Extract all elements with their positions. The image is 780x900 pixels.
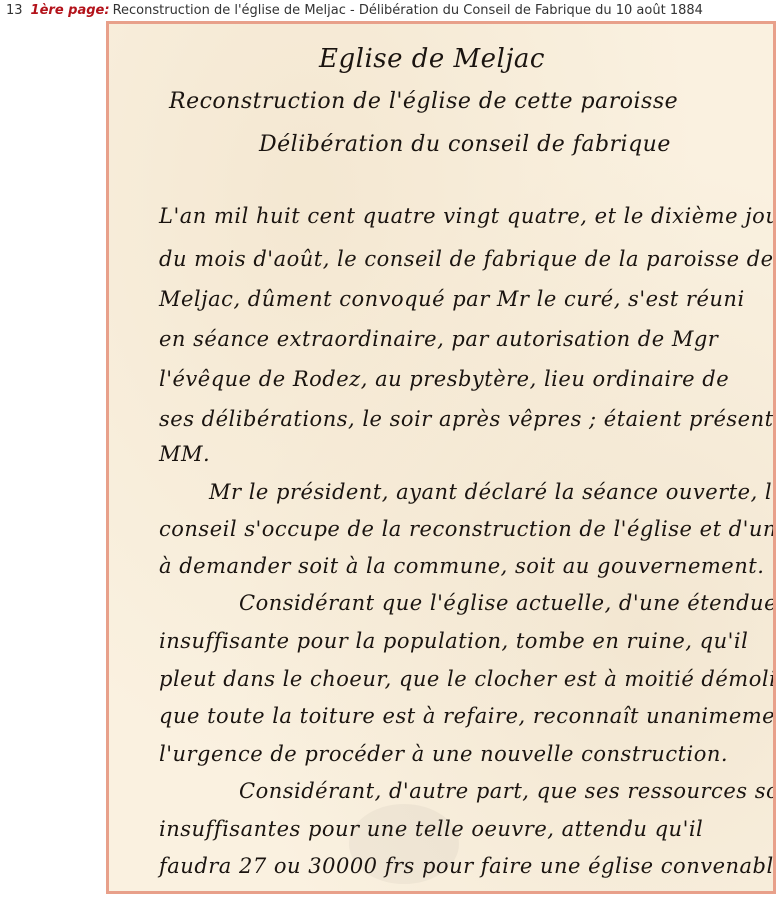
- manuscript-paper: Eglise de Meljac Reconstruction de l'égl…: [109, 24, 773, 891]
- body-line: Mr le président, ayant déclaré la séance…: [209, 480, 776, 504]
- page-header: 131ère page:Reconstruction de l'église d…: [6, 2, 703, 20]
- page-number: 13: [6, 2, 23, 20]
- body-line: que toute la toiture est à refaire, reco…: [159, 704, 776, 728]
- body-line: Considérant que l'église actuelle, d'une…: [239, 591, 776, 615]
- body-line: pleut dans le choeur, que le clocher est…: [159, 667, 776, 691]
- body-line: l'urgence de procéder à une nouvelle con…: [159, 742, 728, 766]
- body-line: du mois d'août, le conseil de fabrique d…: [159, 247, 774, 271]
- body-line: ses délibérations, le soir après vêpres …: [159, 407, 776, 431]
- body-line: MM.: [159, 442, 210, 466]
- body-line: l'évêque de Rodez, au presbytère, lieu o…: [159, 367, 729, 391]
- body-line: faudra 27 ou 30000 frs pour faire une ég…: [159, 854, 776, 878]
- body-line: insuffisante pour la population, tombe e…: [159, 629, 748, 653]
- page-title: Reconstruction de l'église de Meljac - D…: [113, 3, 703, 18]
- body-line: en séance extraordinaire, par autorisati…: [159, 327, 718, 351]
- body-line: à demander soit à la commune, soit au go…: [159, 554, 764, 578]
- body-line: insuffisantes pour une telle oeuvre, att…: [159, 817, 703, 841]
- body-line: Considérant, d'autre part, que ses resso…: [239, 779, 776, 803]
- heading-line: Reconstruction de l'église de cette paro…: [169, 89, 678, 114]
- heading-line: Délibération du conseil de fabrique: [259, 132, 671, 157]
- body-line: L'an mil huit cent quatre vingt quatre, …: [159, 204, 776, 228]
- body-line: Meljac, dûment convoqué par Mr le curé, …: [159, 287, 745, 311]
- document-image-frame: Eglise de Meljac Reconstruction de l'égl…: [106, 21, 776, 894]
- page-label: 1ère page:: [31, 3, 110, 18]
- heading-line: Eglise de Meljac: [319, 44, 545, 74]
- body-line: conseil s'occupe de la reconstruction de…: [159, 517, 776, 541]
